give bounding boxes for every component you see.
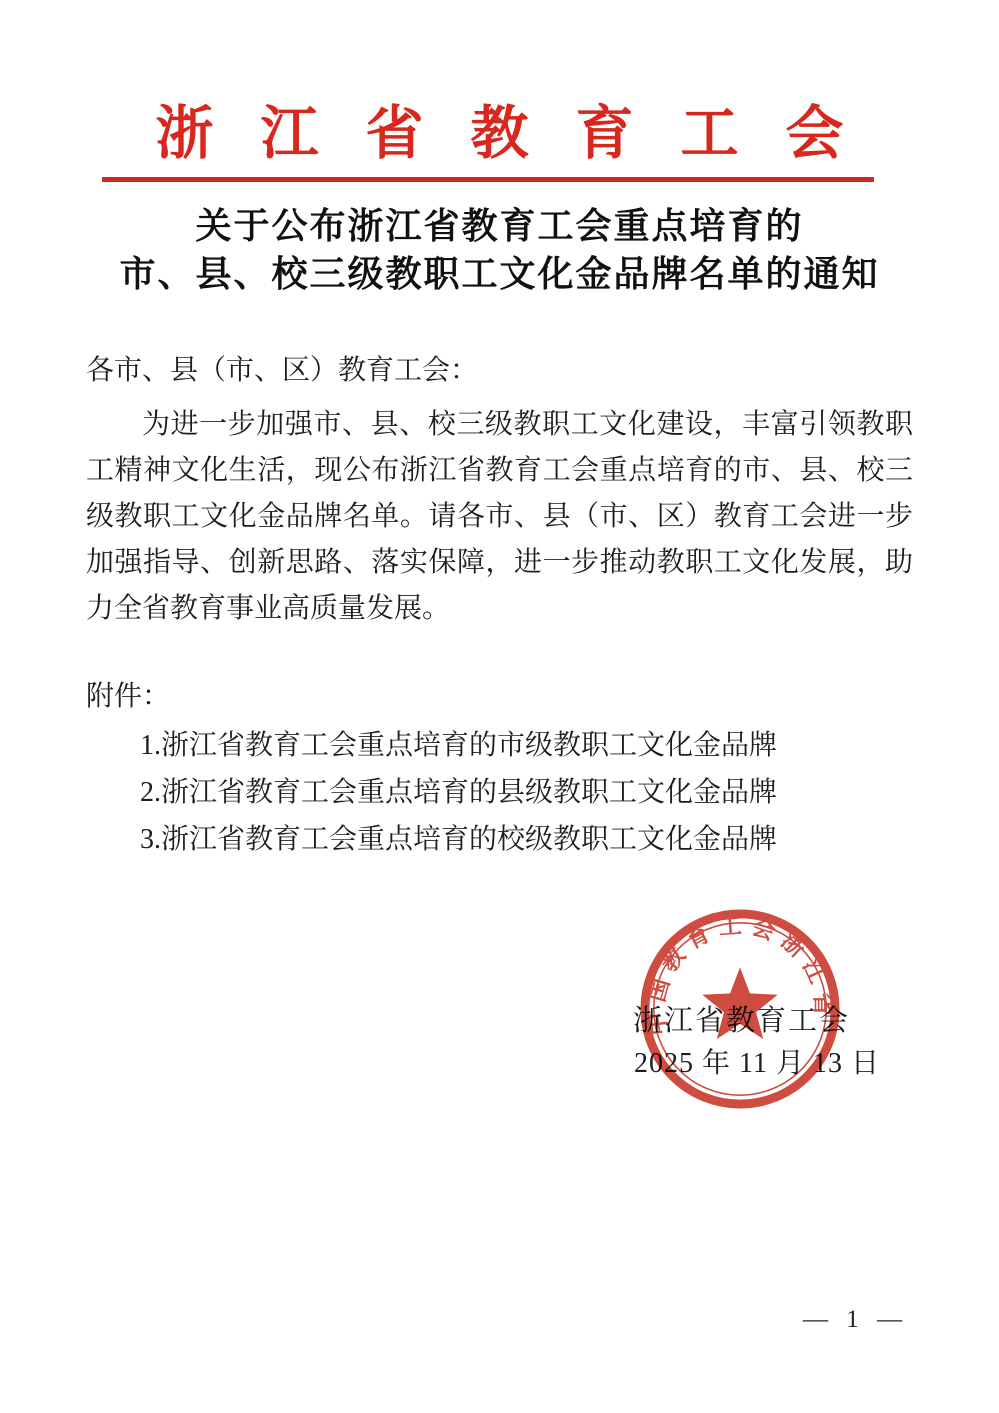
letterhead-org-name: 浙江省教育工会 [0, 86, 999, 170]
signature-org: 浙江省教育工会 [633, 998, 850, 1039]
attachments-label: 附件： [86, 674, 913, 720]
document-body: 各市、县（市、区）教育工会： 为进一步加强市、县、校三级教职工文化建设，丰富引领… [86, 348, 913, 863]
attachment-item-2: 2.浙江省教育工会重点培育的县级教职工文化金品牌 [86, 769, 913, 816]
document-title-line1: 关于公布浙江省教育工会重点培育的 [0, 202, 999, 250]
document-title-line2: 市、县、校三级教职工文化金品牌名单的通知 [0, 250, 999, 298]
page-number: — 1 — [803, 1306, 908, 1334]
body-paragraph: 为进一步加强市、县、校三级教职工文化建设，丰富引领教职工精神文化生活，现公布浙江… [86, 402, 913, 632]
attachment-item-1: 1.浙江省教育工会重点培育的市级教职工文化金品牌 [86, 722, 913, 769]
signature-date: 2025 年 11 月 13 日 [634, 1041, 880, 1081]
salutation: 各市、县（市、区）教育工会： [86, 348, 913, 394]
document-title: 关于公布浙江省教育工会重点培育的 市、县、校三级教职工文化金品牌名单的通知 [0, 202, 999, 298]
letterhead-divider [102, 177, 874, 182]
attachment-item-3: 3.浙江省教育工会重点培育的校级教职工文化金品牌 [86, 816, 913, 863]
document-page: 浙江省教育工会 关于公布浙江省教育工会重点培育的 市、县、校三级教职工文化金品牌… [0, 0, 999, 1413]
attachment-list: 1.浙江省教育工会重点培育的市级教职工文化金品牌 2.浙江省教育工会重点培育的县… [86, 722, 913, 863]
